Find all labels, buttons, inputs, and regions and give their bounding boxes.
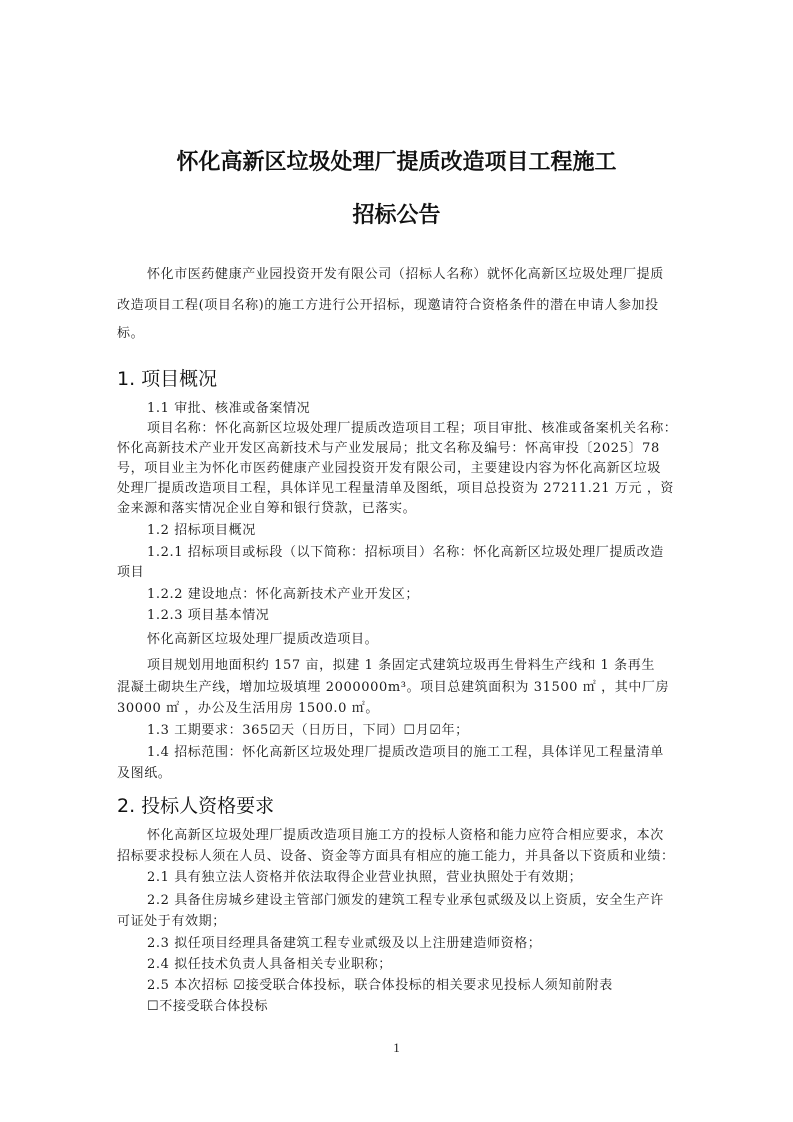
s1-line: 项目	[117, 561, 144, 580]
s1-line: 1.2 招标项目概况	[147, 519, 256, 538]
s1-line: 怀化高新技术产业开发区高新技术与产业发展局；批文名称及编号：怀高审投〔2025〕…	[117, 437, 660, 456]
s1-line: 金来源和落实情况企业自筹和银行贷款，已落实。	[117, 497, 416, 516]
s1-line: 项目名称：怀化高新区垃圾处理厂提质改造项目工程；项目审批、核准或备案机关名称：	[147, 417, 677, 436]
s1-line: 号，项目业主为怀化市医药健康产业园投资开发有限公司，主要建设内容为怀化高新区垃圾	[117, 457, 661, 476]
document-title-line1: 怀化高新区垃圾处理厂提质改造项目工程施工	[0, 145, 793, 176]
s1-line: 混凝土砌块生产线，增加垃圾填埋 2000000m³。项目总建筑面积为 31500…	[117, 676, 669, 695]
section-heading-2: 2. 投标人资格要求	[117, 791, 274, 818]
document-page: 怀化高新区垃圾处理厂提质改造项目工程施工 招标公告 怀化市医药健康产业园投资开发…	[0, 0, 793, 1122]
s2-line: 2.3 拟任项目经理具备建筑工程专业贰级及以上注册建造师资格；	[147, 932, 541, 951]
s1-line: 1.4 招标范围：怀化高新区垃圾处理厂提质改造项目的施工工程，具体详见工程量清单	[147, 741, 664, 760]
intro-line-3: 标。	[117, 322, 144, 341]
s2-line: 2.2 具备住房城乡建设主管部门颁发的建筑工程专业承包贰级及以上资质，安全生产许	[147, 889, 664, 908]
s1-line: 30000 ㎡ ，办公及生活用房 1500.0 ㎡。	[117, 697, 379, 716]
s1-line: 处理厂提质改造项目工程，具体详见工程量清单及图纸，项目总投资为 27211.21…	[117, 477, 674, 496]
s2-line: 招标要求投标人须在人员、设备、资金等方面具有相应的施工能力，并具备以下资质和业绩…	[117, 845, 675, 864]
s1-line: 1.1 审批、核准或备案情况	[147, 397, 310, 416]
s2-line: 2.1 具有独立法人资格并依法取得企业营业执照，营业执照处于有效期；	[147, 866, 582, 885]
s1-line: 1.2.3 项目基本情况	[147, 604, 269, 623]
page-number: 1	[0, 1040, 793, 1056]
intro-line-1: 怀化市医药健康产业园投资开发有限公司（招标人名称）就怀化高新区垃圾处理厂提质	[147, 263, 664, 282]
s2-line: 2.4 拟任技术负责人具备相关专业职称；	[147, 953, 392, 972]
s2-line: ☐不接受联合体投标	[147, 995, 268, 1014]
s1-line: 1.2.1 招标项目或标段（以下简称：招标项目）名称：怀化高新区垃圾处理厂提质改…	[147, 541, 664, 560]
s2-line: 可证处于有效期；	[117, 910, 226, 929]
s1-line: 及图纸。	[117, 762, 171, 781]
section-heading-1: 1. 项目概况	[117, 364, 217, 391]
document-title-line2: 招标公告	[0, 198, 793, 229]
s2-line: 2.5 本次招标 ☑接受联合体投标，联合体投标的相关要求见投标人须知前附表	[147, 974, 613, 993]
s1-line: 1.3 工期要求：365☑天（日历日，下同）☐月☑年；	[147, 719, 469, 738]
intro-line-2: 改造项目工程(项目名称)的施工方进行公开招标，现邀请符合资格条件的潜在申请人参加…	[117, 294, 659, 313]
s1-line: 怀化高新区垃圾处理厂提质改造项目。	[147, 628, 378, 647]
s1-line: 1.2.2 建设地点：怀化高新技术产业开发区；	[147, 583, 419, 602]
s2-line: 怀化高新区垃圾处理厂提质改造项目施工方的投标人资格和能力应符合相应要求，本次	[147, 824, 664, 843]
s1-line: 项目规划用地面积约 157 亩，拟建 1 条固定式建筑垃圾再生骨料生产线和 1 …	[147, 654, 655, 673]
